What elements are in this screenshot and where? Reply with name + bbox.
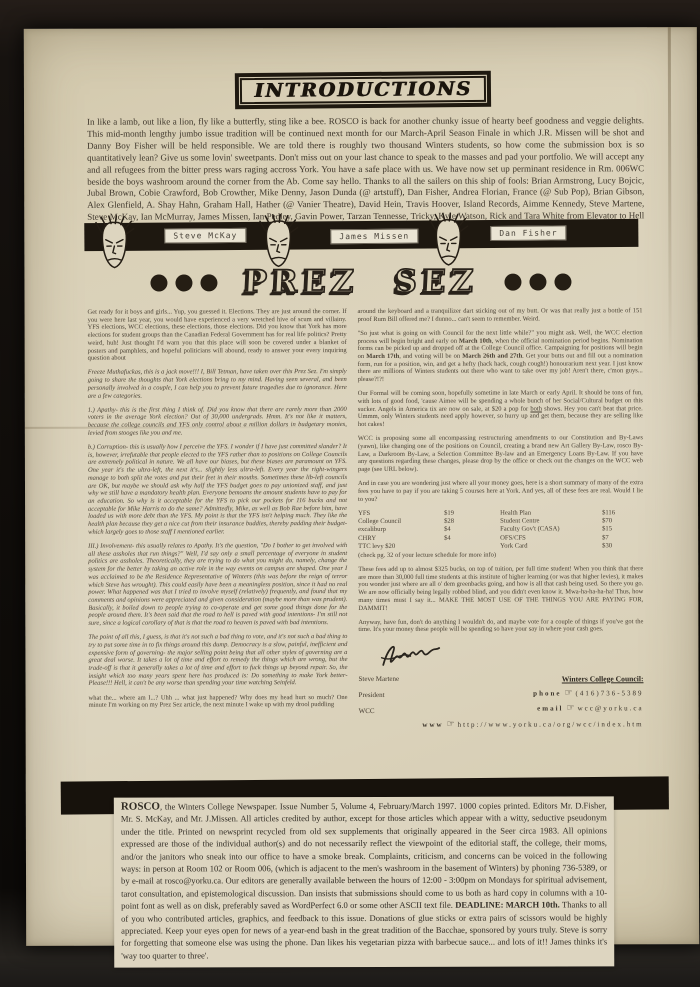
fee-cell: CHRY bbox=[358, 534, 444, 542]
fee-cell: York Card bbox=[500, 542, 602, 550]
introductions-title: INTRODUCTIONS bbox=[254, 78, 472, 102]
contact-value: http://www.yorku.ca/org/wcc/index.htm bbox=[458, 720, 644, 728]
intro-paragraph: In like a lamb, out like a lion, fly lik… bbox=[87, 115, 644, 236]
fee-cell: $15 bbox=[602, 526, 643, 534]
bullet-dots-left bbox=[151, 274, 218, 291]
signoff-title: President bbox=[359, 691, 400, 699]
editors-photo-bar: Steve McKay James Missen Dan Fisher bbox=[84, 219, 638, 251]
fee-cell: $30 bbox=[602, 542, 643, 550]
contact-row: phone☞(416)736-5389 bbox=[422, 688, 643, 699]
pointing-hand-icon: ☞ bbox=[447, 719, 455, 729]
fee-cell: $4 bbox=[444, 526, 500, 534]
fee-cell: TTC levy $20 bbox=[358, 543, 444, 551]
editor-face-icon bbox=[256, 213, 300, 271]
right-column-paragraphs: around the keyboard and a tranquilizer d… bbox=[358, 307, 644, 503]
fees-table: YFS$19Health Plan$116College Council$28S… bbox=[358, 509, 643, 551]
prez-sez-header: PREZ SEZ bbox=[24, 263, 697, 301]
contact-value: wcc@yorku.ca bbox=[578, 704, 644, 712]
paragraph: Our Formal will be coming soon, hopefull… bbox=[358, 390, 643, 429]
colophon-footer: ROSCO, the Winters College Newspaper. Is… bbox=[114, 796, 614, 968]
article-column-right: around the keyboard and a tranquilizer d… bbox=[358, 307, 644, 735]
editor-name-tag: James Missen bbox=[330, 229, 418, 245]
paragraph: The point of all this, I guess, is that … bbox=[88, 633, 347, 688]
contact-row: www☞http://www.yorku.ca/org/wcc/index.ht… bbox=[422, 719, 643, 730]
editor-name-tag: Steve McKay bbox=[164, 228, 246, 244]
contact-value: (416)736-5389 bbox=[576, 689, 644, 697]
fee-cell: Faculty Gov't (CASA) bbox=[500, 526, 602, 534]
paragraph: Get ready for it boys and girls... Yup, … bbox=[88, 308, 347, 363]
paper-crease-vertical bbox=[668, 27, 672, 367]
pointing-hand-icon: ☞ bbox=[564, 688, 572, 698]
colophon-text: ROSCO, the Winters College Newspaper. Is… bbox=[121, 799, 607, 962]
paragraph: These fees add up to almost $325 bucks, … bbox=[358, 565, 643, 612]
signoff-org: WCC bbox=[359, 707, 400, 715]
fee-cell: $7 bbox=[602, 534, 643, 542]
prez-sez-title: PREZ SEZ bbox=[243, 264, 480, 301]
pointing-hand-icon: ☞ bbox=[566, 704, 574, 714]
contact-label: phone bbox=[533, 689, 561, 697]
paragraph: around the keyboard and a tranquilizer d… bbox=[358, 307, 643, 323]
signoff-identity: Steve Martene President WCC bbox=[358, 675, 399, 723]
signoff-block: Steve Martene President WCC Winters Coll… bbox=[358, 674, 643, 735]
contact-label: www bbox=[422, 720, 443, 728]
contact-label: email bbox=[537, 705, 563, 713]
fee-cell: OFS/CFS bbox=[500, 534, 602, 542]
fee-cell: Student Centre bbox=[500, 518, 602, 526]
fees-note: (check pg. 32 of your lecture schedule f… bbox=[358, 551, 643, 559]
right-column-paragraphs-after: These fees add up to almost $325 bucks, … bbox=[358, 565, 643, 634]
contact-heading: Winters College Council: bbox=[422, 674, 643, 684]
fee-cell: excaliburp bbox=[358, 526, 444, 534]
newspaper-page: INTRODUCTIONS In like a lamb, out like a… bbox=[24, 27, 699, 946]
fee-cell: $116 bbox=[602, 509, 643, 517]
fee-cell: College Council bbox=[358, 518, 444, 526]
paragraph: what the... where am I...? Uhh ... what … bbox=[89, 694, 348, 710]
introductions-header-box: INTRODUCTIONS bbox=[235, 71, 491, 109]
fee-cell: Health Plan bbox=[500, 509, 602, 517]
fee-cell: $4 bbox=[444, 534, 500, 542]
paragraph: And in case you are wondering just where… bbox=[358, 480, 643, 504]
paragraph: III.) Involvement- this usually relates … bbox=[88, 542, 347, 627]
fee-cell: YFS bbox=[358, 510, 444, 518]
contact-rows: phone☞(416)736-5389email☞wcc@yorku.cawww… bbox=[422, 688, 643, 730]
paragraph: Anyway, have fun, don't do anything I wo… bbox=[358, 618, 643, 634]
signoff-name: Steve Martene bbox=[358, 675, 399, 683]
paragraph: 1.) Apathy- this is the first thing I th… bbox=[88, 406, 347, 437]
fee-cell: $28 bbox=[444, 518, 500, 526]
contact-block: Winters College Council: phone☞(416)736-… bbox=[422, 674, 643, 735]
editor-name-tag: Dan Fisher bbox=[490, 225, 566, 241]
contact-row: email☞wcc@yorku.ca bbox=[422, 703, 643, 714]
fee-cell bbox=[444, 542, 500, 550]
bullet-dots-right bbox=[504, 273, 571, 290]
paragraph: Freeze Muthafuckas, this is a jack move!… bbox=[88, 368, 347, 399]
fee-cell: $70 bbox=[602, 517, 643, 525]
article-column-left: Get ready for it boys and girls... Yup, … bbox=[88, 308, 348, 716]
signature bbox=[372, 640, 448, 672]
editor-face-icon bbox=[426, 212, 470, 270]
paragraph: WCC is proposing some all encompassing r… bbox=[358, 435, 643, 474]
paragraph: "So just what is going on with Council f… bbox=[358, 329, 643, 384]
paragraph: b.) Corruption- this is usually how I pe… bbox=[88, 443, 347, 536]
fee-cell: $19 bbox=[444, 510, 500, 518]
